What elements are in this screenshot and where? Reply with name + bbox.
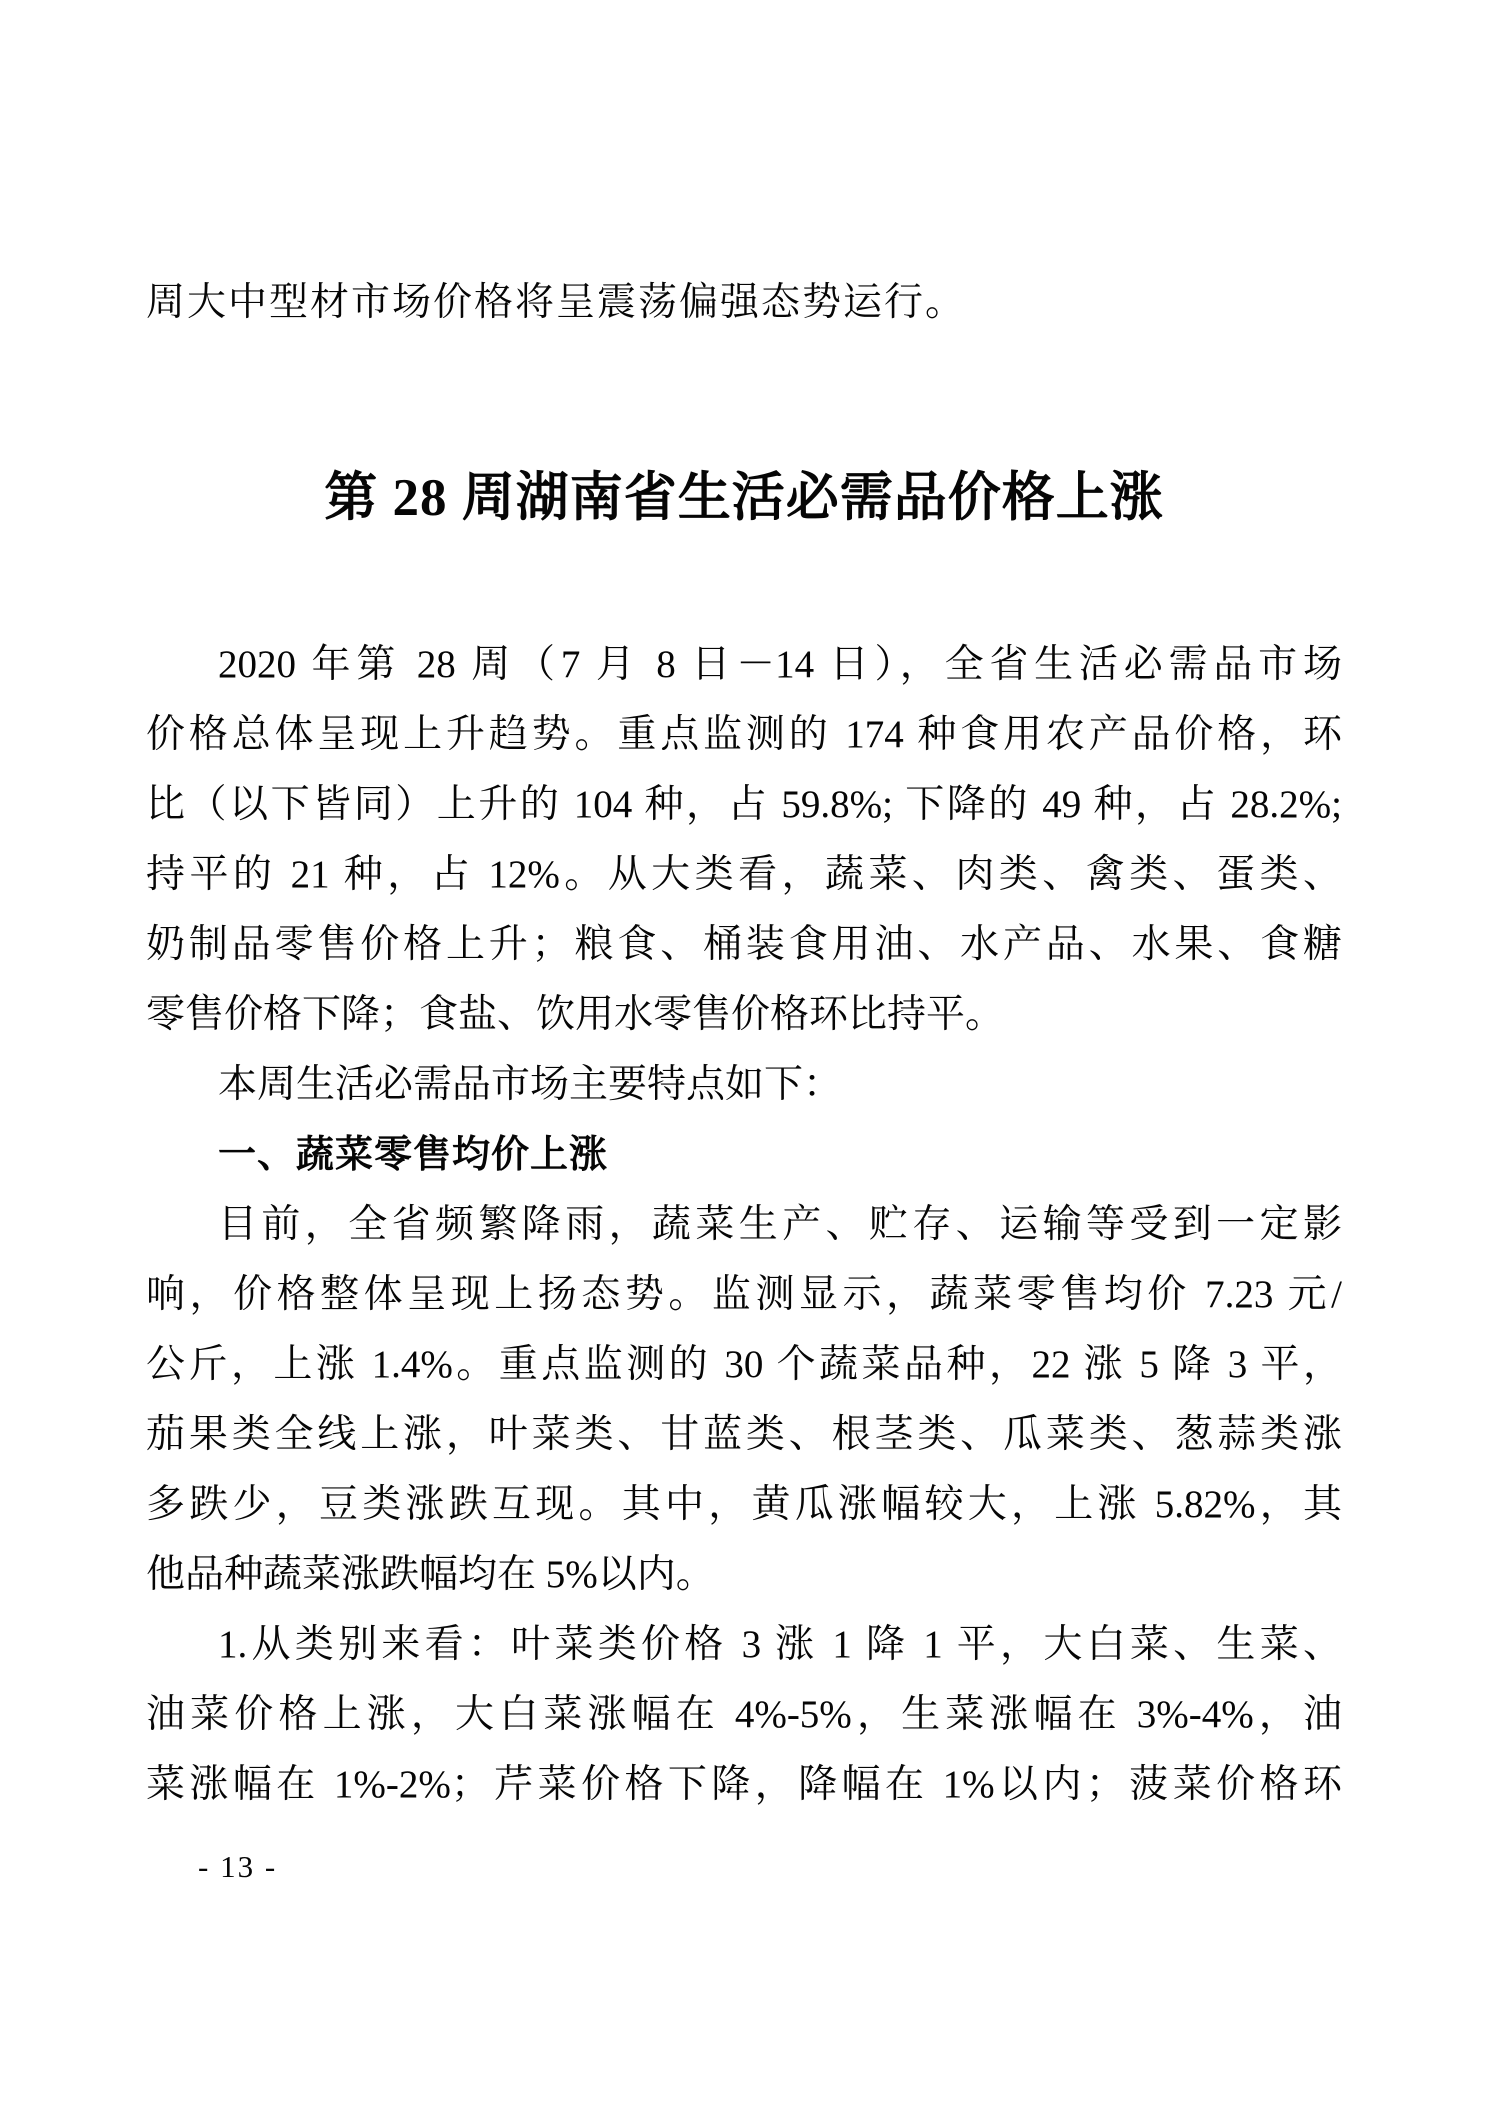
text-line: 目前，全省频繁降雨，蔬菜生产、贮存、运输等受到一定影 bbox=[146, 1190, 1342, 1260]
text-line: 茄果类全线上涨，叶菜类、甘蓝类、根茎类、瓜菜类、葱蒜类涨 bbox=[146, 1400, 1342, 1470]
article-body: 2020 年第 28 周（7 月 8 日－14 日），全省生活必需品市场价格总体… bbox=[146, 630, 1342, 1820]
text-line: 持平的 21 种，占 12%。从大类看，蔬菜、肉类、禽类、蛋类、 bbox=[146, 840, 1342, 910]
text-line: 菜涨幅在 1%-2%；芹菜价格下降，降幅在 1%以内；菠菜价格环 bbox=[146, 1750, 1342, 1820]
text-line: 他品种蔬菜涨跌幅均在 5%以内。 bbox=[146, 1540, 1342, 1610]
document-page: 周大中型材市场价格将呈震荡偏强态势运行。 第 28 周湖南省生活必需品价格上涨 … bbox=[0, 0, 1488, 2105]
text-line: 响，价格整体呈现上扬态势。监测显示，蔬菜零售均价 7.23 元/ bbox=[146, 1260, 1342, 1330]
text-line: 多跌少，豆类涨跌互现。其中，黄瓜涨幅较大，上涨 5.82%，其 bbox=[146, 1470, 1342, 1540]
text-line: 公斤，上涨 1.4%。重点监测的 30 个蔬菜品种，22 涨 5 降 3 平， bbox=[146, 1330, 1342, 1400]
text-line: 2020 年第 28 周（7 月 8 日－14 日），全省生活必需品市场 bbox=[146, 630, 1342, 700]
page-number: - 13 - bbox=[198, 1852, 1342, 1882]
previous-section-closing-line: 周大中型材市场价格将呈震荡偏强态势运行。 bbox=[146, 283, 1342, 323]
text-line: 价格总体呈现上升趋势。重点监测的 174 种食用农产品价格，环 bbox=[146, 700, 1342, 770]
text-line: 零售价格下降；食盐、饮用水零售价格环比持平。 bbox=[146, 980, 1342, 1050]
text-line: 1.从类别来看：叶菜类价格 3 涨 1 降 1 平，大白菜、生菜、 bbox=[146, 1610, 1342, 1680]
text-line: 油菜价格上涨，大白菜涨幅在 4%-5%，生菜涨幅在 3%-4%，油 bbox=[146, 1680, 1342, 1750]
section-heading: 一、蔬菜零售均价上涨 bbox=[146, 1120, 1342, 1190]
article-title: 第 28 周湖南省生活必需品价格上涨 bbox=[146, 467, 1342, 529]
text-line: 本周生活必需品市场主要特点如下： bbox=[146, 1050, 1342, 1120]
text-line: 比（以下皆同）上升的 104 种，占 59.8%; 下降的 49 种，占 28.… bbox=[146, 770, 1342, 840]
text-line: 奶制品零售价格上升；粮食、桶装食用油、水产品、水果、食糖 bbox=[146, 910, 1342, 980]
